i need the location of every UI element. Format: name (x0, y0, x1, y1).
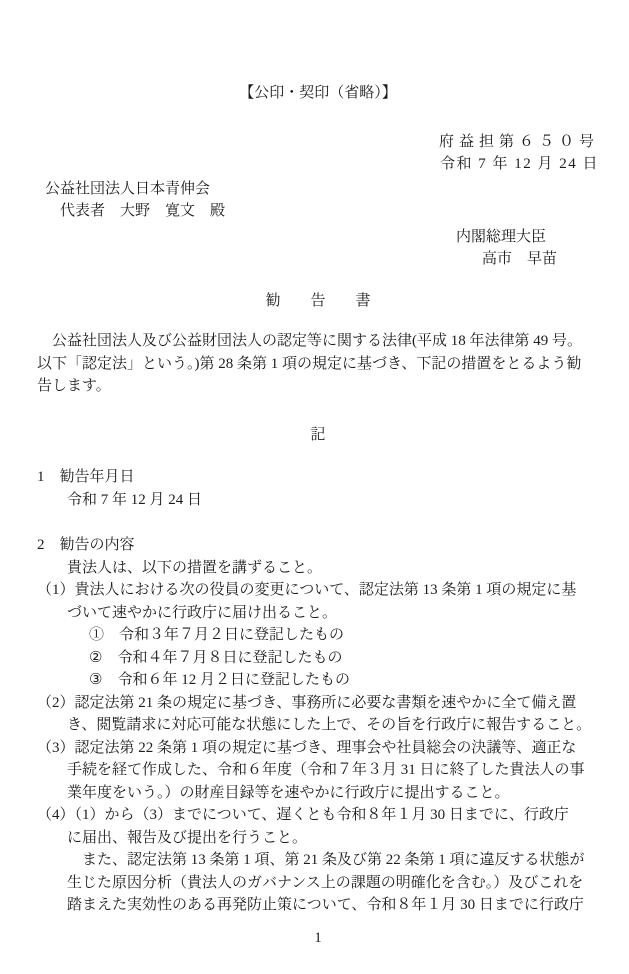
section2-heading: 2 勧告の内容 (37, 534, 599, 557)
recommendation-item-4: （4）（1）から（3）までについて、遅くとも令和８年１月 30 日までに、行政庁… (37, 804, 599, 849)
document-page: 【公印・契印（省略）】 府益担第６５０号 令和 7 年 12 月 24 日 公益… (0, 0, 629, 974)
recommendation-item-2: （2）認定法第 21 条の規定に基づき、事務所に必要な書類を速やかに全て備え置 … (37, 692, 599, 737)
seal-omission-note: 【公印・契印（省略）】 (37, 82, 599, 105)
recipient-organization: 公益社団法人日本青伸会 (45, 178, 599, 201)
ki-marker: 記 (37, 424, 599, 447)
recommendation-item-4-followup: また、認定法第 13 条第 1 項、第 21 条及び第 22 条第 1 項に違反… (37, 849, 599, 917)
recommendation-item-3: （3）認定法第 22 条第 1 項の規定に基づき、理事会や社員総会の決議等、適正… (37, 737, 599, 805)
issue-date: 令和 7 年 12 月 24 日 (37, 153, 599, 176)
section1-heading: 1 勧告年月日 (37, 466, 599, 489)
section1-date: 令和 7 年 12 月 24 日 (37, 489, 599, 512)
sender-title: 内閣総理大臣 (37, 226, 599, 249)
recommendation-item-1-subitems: ① 令和３年７月２日に登記したもの ② 令和４年７月８日に登記したもの ③ 令和… (37, 624, 599, 692)
sender-name: 高市 早苗 (37, 248, 599, 271)
page-number: 1 (37, 927, 599, 950)
document-title: 勧 告 書 (37, 290, 599, 313)
sender-block: 内閣総理大臣 高市 早苗 (37, 226, 599, 271)
intro-paragraph: 公益社団法人及び公益財団法人の認定等に関する法律(平成 18 年法律第 49 号… (37, 330, 599, 398)
recommendation-item-1: （1）貴法人における次の役員の変更について、認定法第 13 条第 1 項の規定に… (37, 579, 599, 624)
section2-lead: 貴法人は、以下の措置を講ずること。 (37, 557, 599, 580)
document-number: 府益担第６５０号 (37, 131, 599, 154)
recipient-representative: 代表者 大野 寛文 殿 (60, 200, 599, 223)
